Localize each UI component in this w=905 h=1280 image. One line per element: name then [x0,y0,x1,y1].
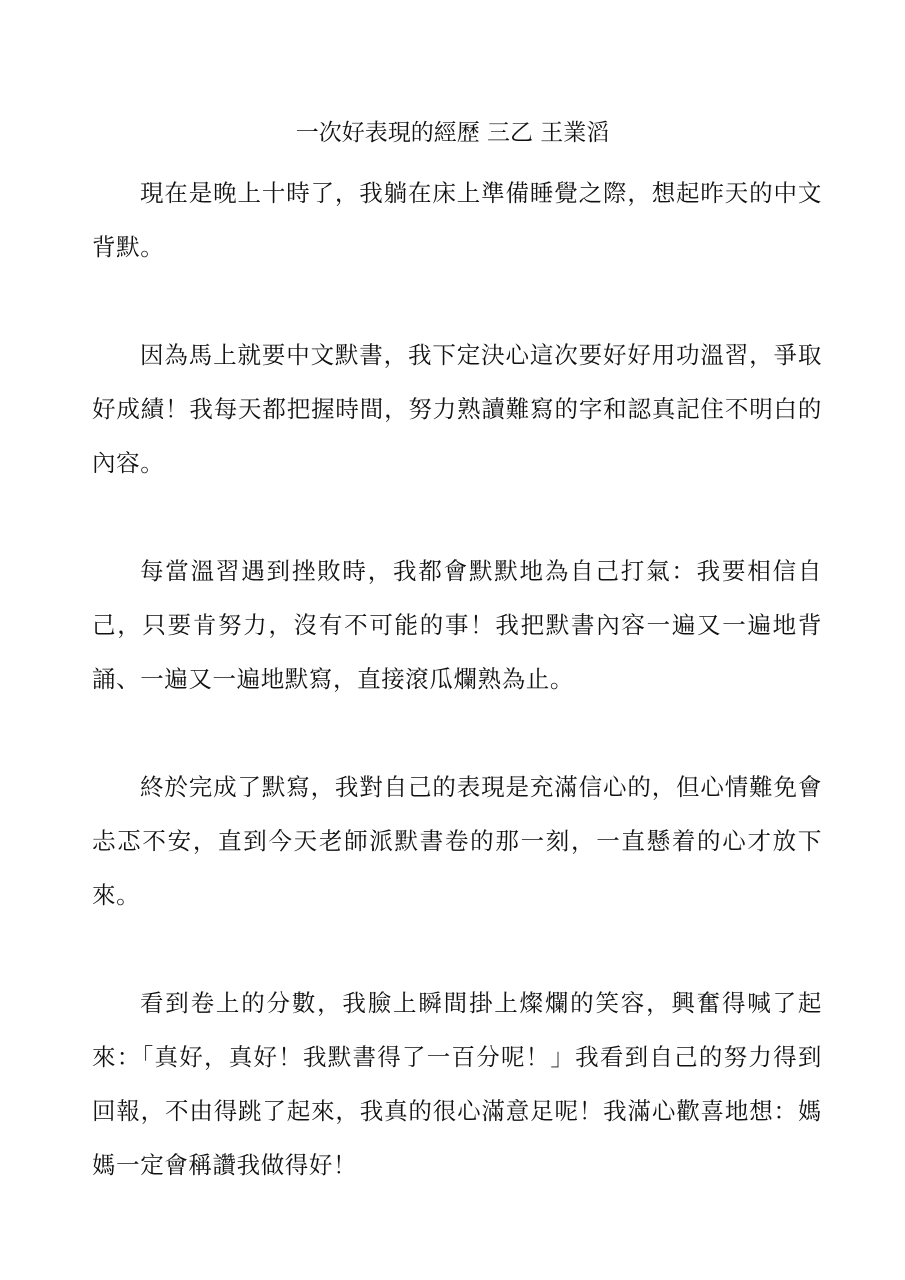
paragraph-1: 現在是晚上十時了，我躺在床上準備睡覺之際，想起昨天的中文背默。 [92,166,822,274]
paragraph-5: 看到卷上的分數，我臉上瞬間掛上燦爛的笑容，興奮得喊了起來：「真好，真好！我默書得… [92,976,822,1192]
document-page: 一次好表現的經歷 三乙 王業滔 現在是晚上十時了，我躺在床上準備睡覺之際，想起昨… [0,0,905,1280]
document-title: 一次好表現的經歷 三乙 王業滔 [0,116,905,150]
document-body: 現在是晚上十時了，我躺在床上準備睡覺之際，想起昨天的中文背默。 因為馬上就要中文… [92,166,822,1246]
paragraph-2: 因為馬上就要中文默書，我下定決心這次要好好用功溫習，爭取好成績！我每天都把握時間… [92,328,822,490]
paragraph-4: 終於完成了默寫，我對自己的表現是充滿信心的，但心情難免會忐忑不安，直到今天老師派… [92,760,822,922]
paragraph-3: 每當溫習遇到挫敗時，我都會默默地為自己打氣：我要相信自己，只要肯努力，沒有不可能… [92,544,822,706]
